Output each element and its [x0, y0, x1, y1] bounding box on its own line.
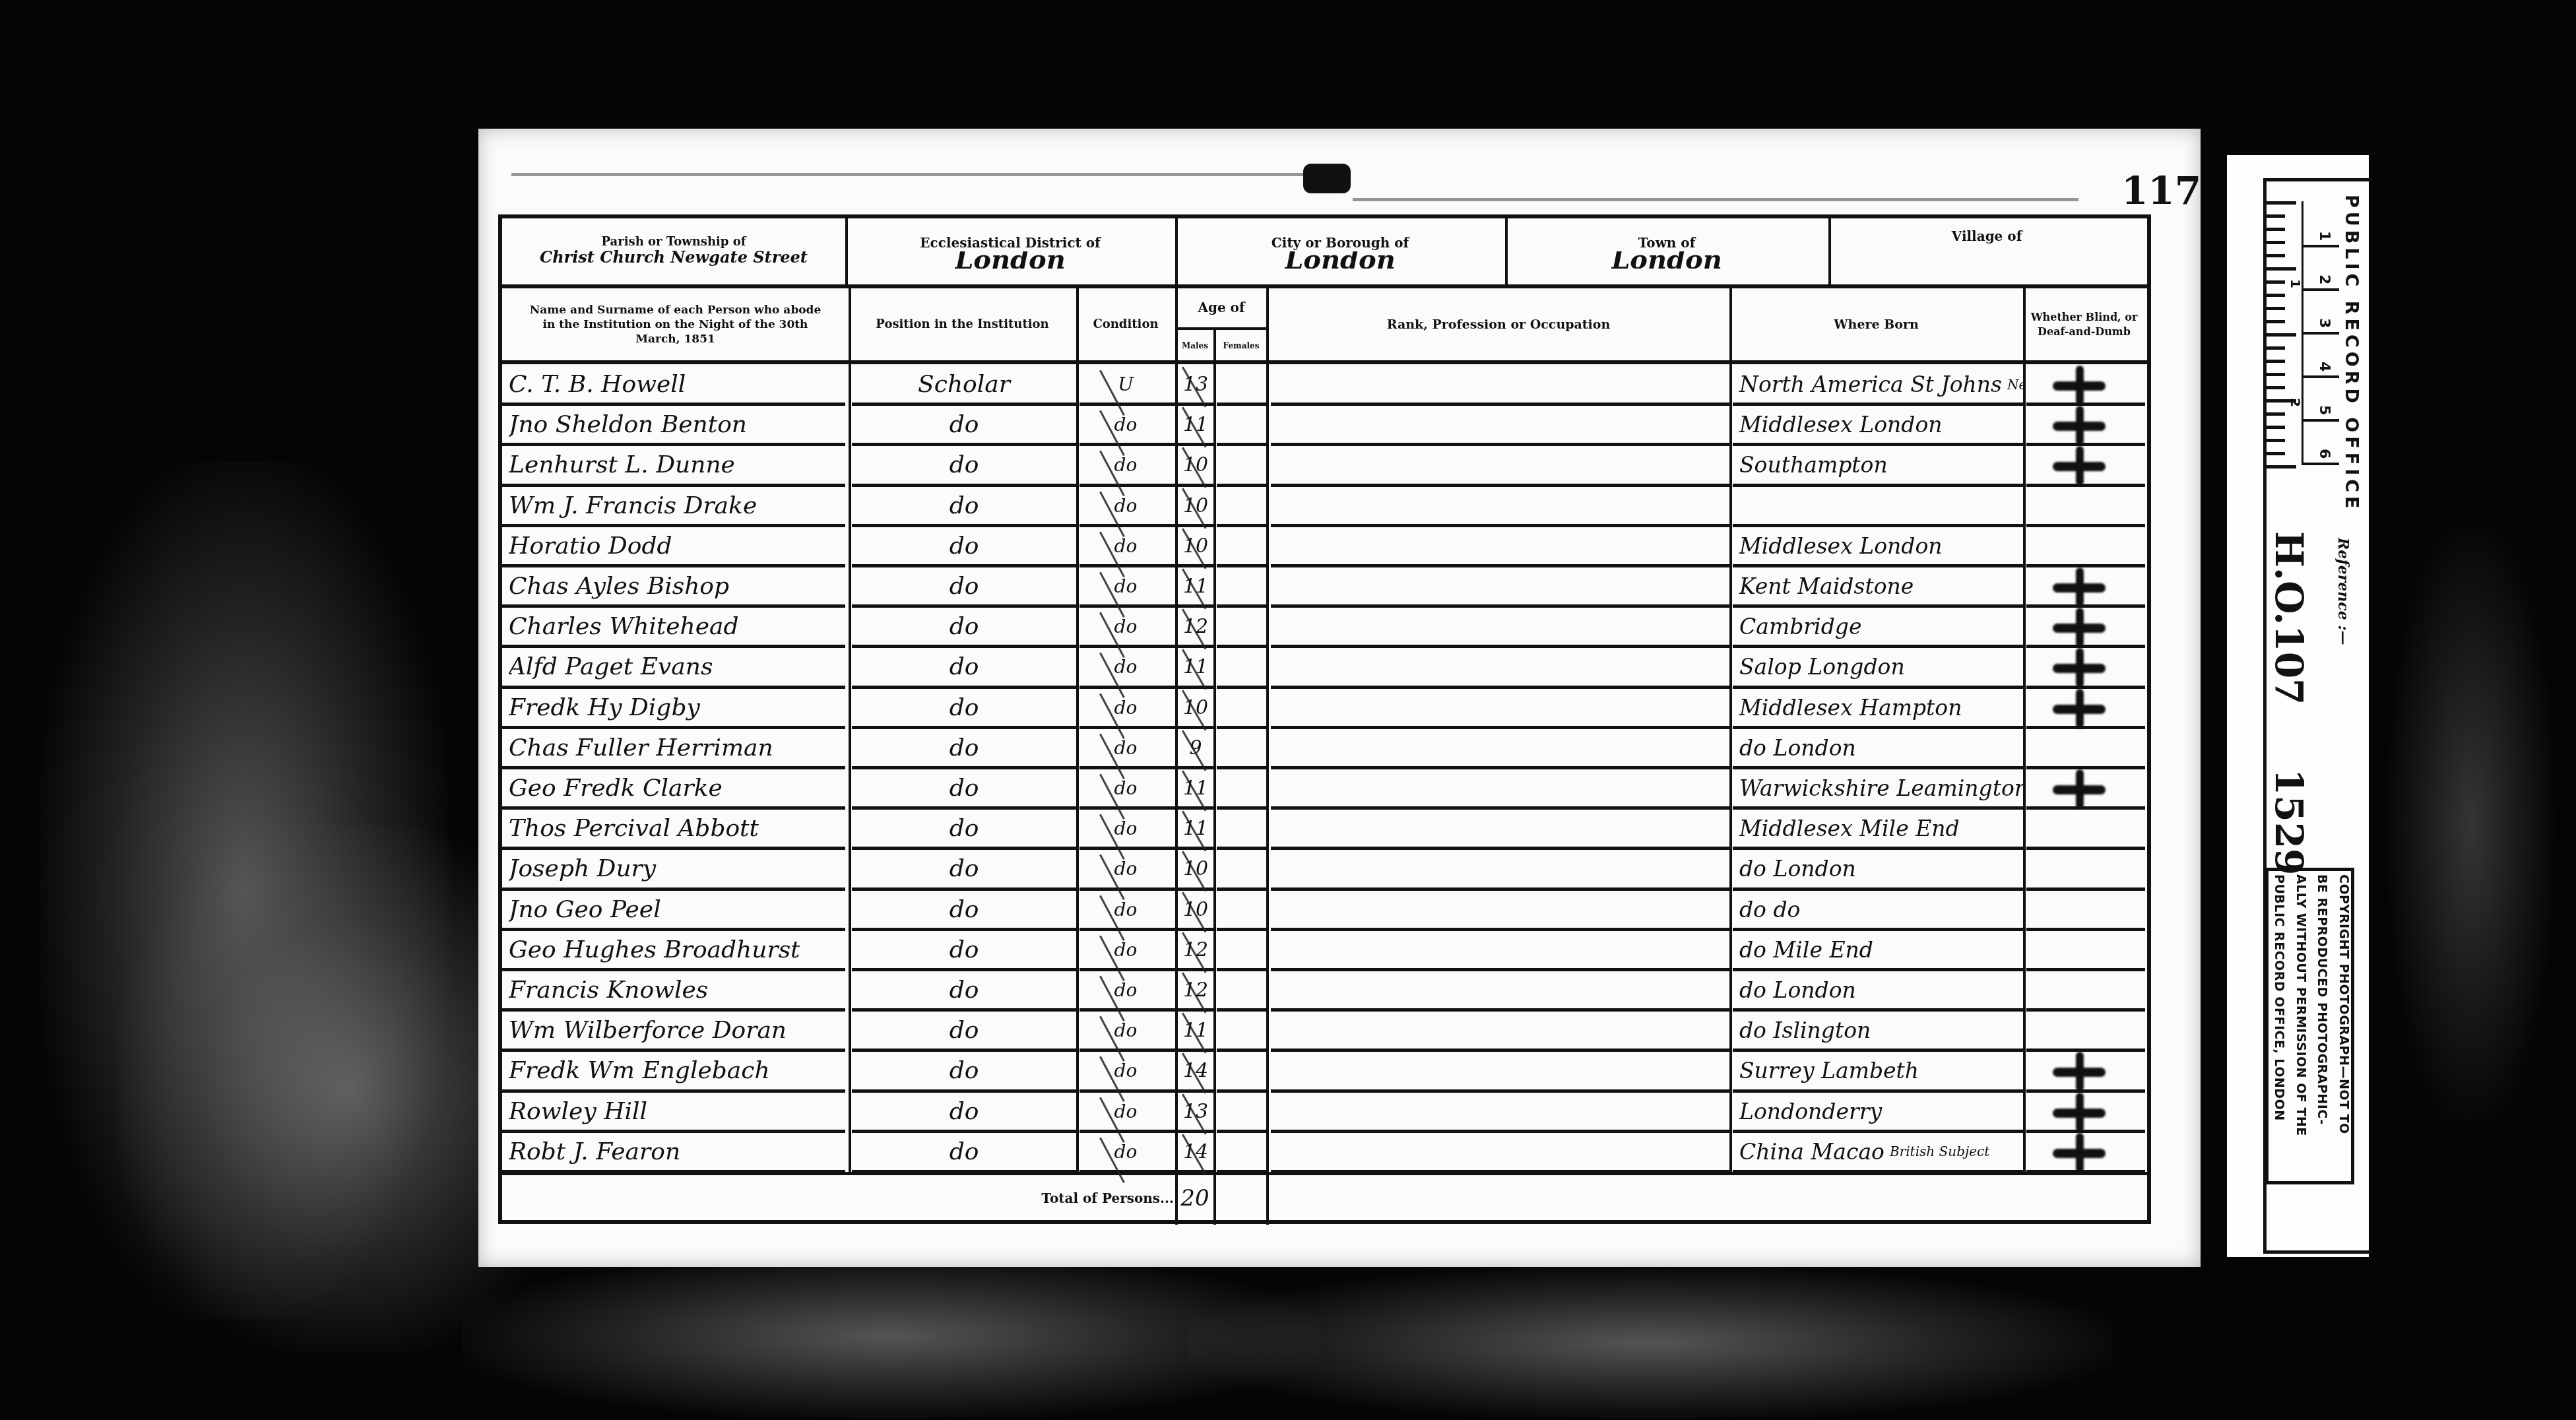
condition: do: [1079, 566, 1172, 606]
scale-cm-divider: [2303, 419, 2339, 422]
position-in-institution: Scholar: [852, 364, 1076, 404]
condition: do: [1079, 728, 1172, 768]
condition: do: [1079, 889, 1172, 930]
ruler-tick: [2267, 228, 2285, 231]
row-divider: [1733, 1170, 2023, 1173]
ruler-tick: [2267, 201, 2296, 205]
total-label: Total of Persons...: [964, 1175, 1174, 1221]
condition: do: [1079, 1050, 1172, 1091]
where-born: Salop Longdon: [1733, 647, 2023, 687]
town-value: London: [1611, 251, 1722, 269]
where-born: do London: [1733, 970, 2023, 1010]
ruler-tick: [2267, 412, 2285, 416]
person-name: Thos Percival Abbott: [509, 808, 845, 849]
copyright-line: ALLY WITHOUT PERMISSION OF THE: [2294, 874, 2308, 1178]
where-born: do Islington: [1733, 1010, 2023, 1050]
column-header-blind: Whether Blind, or Deaf-and-Dumb: [2023, 288, 2145, 362]
column-header-position: Position in the Institution: [849, 288, 1076, 362]
column-header-where-born: Where Born: [1729, 288, 2023, 362]
column-header-males: Males: [1175, 329, 1215, 362]
condition: do: [1079, 688, 1172, 728]
condition: U: [1079, 364, 1172, 404]
where-born-note: Newfoundland: [2007, 378, 2023, 391]
condition: do: [1079, 647, 1172, 687]
person-name: Rowley Hill: [509, 1091, 845, 1132]
ruler-tick: [2267, 307, 2285, 310]
parish-cell: Parish or Township of Christ Church Newg…: [502, 218, 845, 284]
position-in-institution: do: [852, 486, 1076, 526]
enumerator-tick-mark: [2053, 1093, 2106, 1132]
position-in-institution: do: [852, 1132, 1076, 1172]
reference-code: H.O.107: [2267, 531, 2311, 705]
position-in-institution: do: [852, 728, 1076, 768]
town-label: Town of: [1638, 234, 1696, 251]
condition: do: [1079, 445, 1172, 485]
ruler-tick: [2267, 465, 2296, 468]
reference-label: Reference :—: [2334, 538, 2352, 645]
scale-cm-label: 6: [2316, 449, 2333, 459]
position-in-institution: do: [852, 889, 1076, 930]
condition: do: [1079, 1010, 1172, 1050]
where-born: Middlesex Hampton: [1733, 688, 2023, 728]
where-born: do London: [1733, 728, 2023, 768]
row-divider: [1271, 1170, 1729, 1173]
position-in-institution: do: [852, 970, 1076, 1010]
public-record-office-strip: PUBLIC RECORD OFFICE 12345612 Reference …: [2227, 155, 2369, 1257]
ruler-tick: [2267, 373, 2285, 376]
column-divider: [1505, 218, 1508, 284]
person-name: Chas Ayles Bishop: [509, 566, 845, 606]
column-header-age: Age of: [1175, 288, 1268, 327]
position-in-institution: do: [852, 849, 1076, 889]
row-divider: [852, 1170, 1076, 1173]
position-in-institution: do: [852, 526, 1076, 566]
copyright-line: PUBLIC RECORD OFFICE, LONDON: [2272, 874, 2286, 1178]
where-born: North America St Johns Newfoundland: [1733, 364, 2023, 404]
copyright-line: BE REPRODUCED PHOTOGRAPHIC-: [2315, 874, 2329, 1178]
scale-cm-divider: [2303, 375, 2339, 378]
row-divider: [1178, 1170, 1213, 1173]
city-cell: City or Borough of London: [1175, 218, 1505, 284]
where-born: [1733, 486, 2023, 526]
person-name: Jno Sheldon Benton: [509, 404, 845, 445]
person-name: Alfd Paget Evans: [509, 647, 845, 687]
position-in-institution: do: [852, 1050, 1076, 1091]
scale-cm-label: 5: [2316, 405, 2333, 415]
where-born: do London: [1733, 849, 2023, 889]
ruler-tick: [2267, 320, 2285, 323]
page-number: 117: [2121, 168, 2201, 213]
column-header-occupation: Rank, Profession or Occupation: [1268, 288, 1729, 362]
position-in-institution: do: [852, 930, 1076, 970]
condition: do: [1079, 930, 1172, 970]
scale-cm-divider: [2303, 245, 2339, 247]
ruler-tick: [2267, 426, 2285, 429]
condition: do: [1079, 1091, 1172, 1132]
condition: do: [1079, 404, 1172, 445]
ruler-tick: [2267, 346, 2285, 350]
enumerator-tick-mark: [2053, 1133, 2106, 1173]
position-in-institution: do: [852, 1010, 1076, 1050]
person-name: Geo Fredk Clarke: [509, 768, 845, 808]
header-divider: [502, 284, 2147, 288]
where-born: Kent Maidstone: [1733, 566, 2023, 606]
ruler-tick: [2267, 280, 2285, 284]
ecclesiastical-value: London: [955, 251, 1066, 269]
ruler-tick: [2267, 241, 2285, 244]
where-born: Middlesex London: [1733, 404, 2023, 445]
person-name: Horatio Dodd: [509, 526, 845, 566]
city-label: City or Borough of: [1272, 234, 1409, 251]
ruler-tick: [2267, 439, 2285, 442]
scale-cm-label: 1: [2316, 231, 2333, 241]
person-name: Lenhurst L. Dunne: [509, 445, 845, 485]
scale-cm-divider: [2303, 288, 2339, 291]
column-divider: [845, 218, 848, 284]
parish-value: Christ Church Newgate Street: [540, 248, 808, 267]
enumerator-tick-mark: [2053, 366, 2106, 405]
village-label: Village of: [1952, 228, 2022, 245]
row-divider: [2026, 1170, 2145, 1173]
column-header-name: Name and Surname of each Person who abod…: [502, 288, 849, 362]
enumerator-tick-mark: [2053, 648, 2106, 688]
person-name: Wm Wilberforce Doran: [509, 1010, 845, 1050]
scale-cm-label: 2: [2316, 274, 2333, 284]
enumerator-tick-mark: [2053, 608, 2106, 647]
town-cell: Town of London: [1505, 218, 1828, 284]
ecclesiastical-cell: Ecclesiastical District of London: [845, 218, 1175, 284]
strip-title: PUBLIC RECORD OFFICE: [2341, 195, 2362, 513]
reference-piece: 1529: [2267, 769, 2311, 875]
scale-cm-divider: [2303, 463, 2339, 465]
total-value: 20: [1176, 1175, 1213, 1221]
faint-header-line: [511, 173, 1303, 176]
condition: do: [1079, 606, 1172, 647]
condition: do: [1079, 849, 1172, 889]
row-divider: [1217, 1170, 1266, 1173]
position-in-institution: do: [852, 688, 1076, 728]
person-name: Fredk Wm Englebach: [509, 1050, 845, 1091]
enumerator-tick-mark: [2053, 406, 2106, 445]
ruler-tick: [2267, 214, 2285, 218]
ruler-tick: [2267, 267, 2296, 271]
where-born: Surrey Lambeth: [1733, 1050, 2023, 1091]
column-divider: [1828, 218, 1831, 284]
parish-label: Parish or Township of: [602, 236, 746, 248]
person-name: Francis Knowles: [509, 970, 845, 1010]
where-born: Cambridge: [1733, 606, 2023, 647]
enumerator-tick-mark: [2053, 446, 2106, 486]
person-name: Charles Whitehead: [509, 606, 845, 647]
where-born: Warwickshire Leamington: [1733, 768, 2023, 808]
condition: do: [1079, 970, 1172, 1010]
census-table: Parish or Township of Christ Church Newg…: [498, 214, 2151, 1224]
where-born: do Mile End: [1733, 930, 2023, 970]
position-in-institution: do: [852, 606, 1076, 647]
ruler-tick: [2267, 254, 2285, 257]
city-value: London: [1285, 251, 1396, 269]
condition: do: [1079, 1132, 1172, 1172]
position-in-institution: do: [852, 566, 1076, 606]
row-divider: [1079, 1170, 1175, 1173]
person-name: Wm J. Francis Drake: [509, 486, 845, 526]
scale-cm-divider: [2303, 332, 2339, 335]
column-divider: [1175, 218, 1178, 284]
person-name: Robt J. Fearon: [509, 1132, 845, 1172]
person-name: Fredk Hy Digby: [509, 688, 845, 728]
ink-blot: [1303, 164, 1351, 193]
position-in-institution: do: [852, 445, 1076, 485]
ecclesiastical-label: Ecclesiastical District of: [920, 234, 1100, 251]
person-name: Chas Fuller Herriman: [509, 728, 845, 768]
where-born: Londonderry: [1733, 1091, 2023, 1132]
where-born: China Macao British Subject: [1733, 1132, 2023, 1172]
condition: do: [1079, 808, 1172, 849]
enumerator-tick-mark: [2053, 1052, 2106, 1091]
condition: do: [1079, 486, 1172, 526]
scale-cm-label: 4: [2316, 362, 2333, 371]
ruler-tick: [2267, 294, 2285, 297]
village-cell: Village of: [1828, 218, 2145, 284]
ruler-tick: [2267, 360, 2285, 363]
column-header-females: Females: [1215, 329, 1268, 362]
copyright-notice: COPYRIGHT PHOTOGRAPH—NOT TOBE REPRODUCED…: [2272, 874, 2351, 1178]
age-divider: [1175, 327, 1268, 330]
enumerator-tick-mark: [2053, 689, 2106, 728]
position-in-institution: do: [852, 647, 1076, 687]
position-in-institution: do: [852, 808, 1076, 849]
ruler-tick: [2267, 452, 2285, 455]
condition: do: [1079, 768, 1172, 808]
ruler-tick: [2267, 333, 2296, 337]
scale-cm-label: 3: [2316, 318, 2333, 328]
position-in-institution: do: [852, 1091, 1076, 1132]
faint-header-line: [1353, 198, 2078, 201]
where-born: do do: [1733, 889, 2023, 930]
person-name: C. T. B. Howell: [509, 364, 845, 404]
scale-divider: [2302, 201, 2303, 465]
copyright-line: COPYRIGHT PHOTOGRAPH—NOT TO: [2336, 874, 2351, 1178]
where-born: Middlesex London: [1733, 526, 2023, 566]
enumerator-tick-mark: [2053, 769, 2106, 809]
person-name: Joseph Dury: [509, 849, 845, 889]
position-in-institution: do: [852, 768, 1076, 808]
condition: do: [1079, 526, 1172, 566]
column-header-condition: Condition: [1076, 288, 1175, 362]
position-in-institution: do: [852, 404, 1076, 445]
person-name: Jno Geo Peel: [509, 889, 845, 930]
where-born: Middlesex Mile End: [1733, 808, 2023, 849]
person-name: Geo Hughes Broadhurst: [509, 930, 845, 970]
row-divider: [502, 1170, 845, 1173]
ruler-tick: [2267, 386, 2285, 389]
where-born-note: British Subject: [1890, 1145, 1989, 1158]
enumerator-tick-mark: [2053, 567, 2106, 607]
where-born: Southampton: [1733, 445, 2023, 485]
